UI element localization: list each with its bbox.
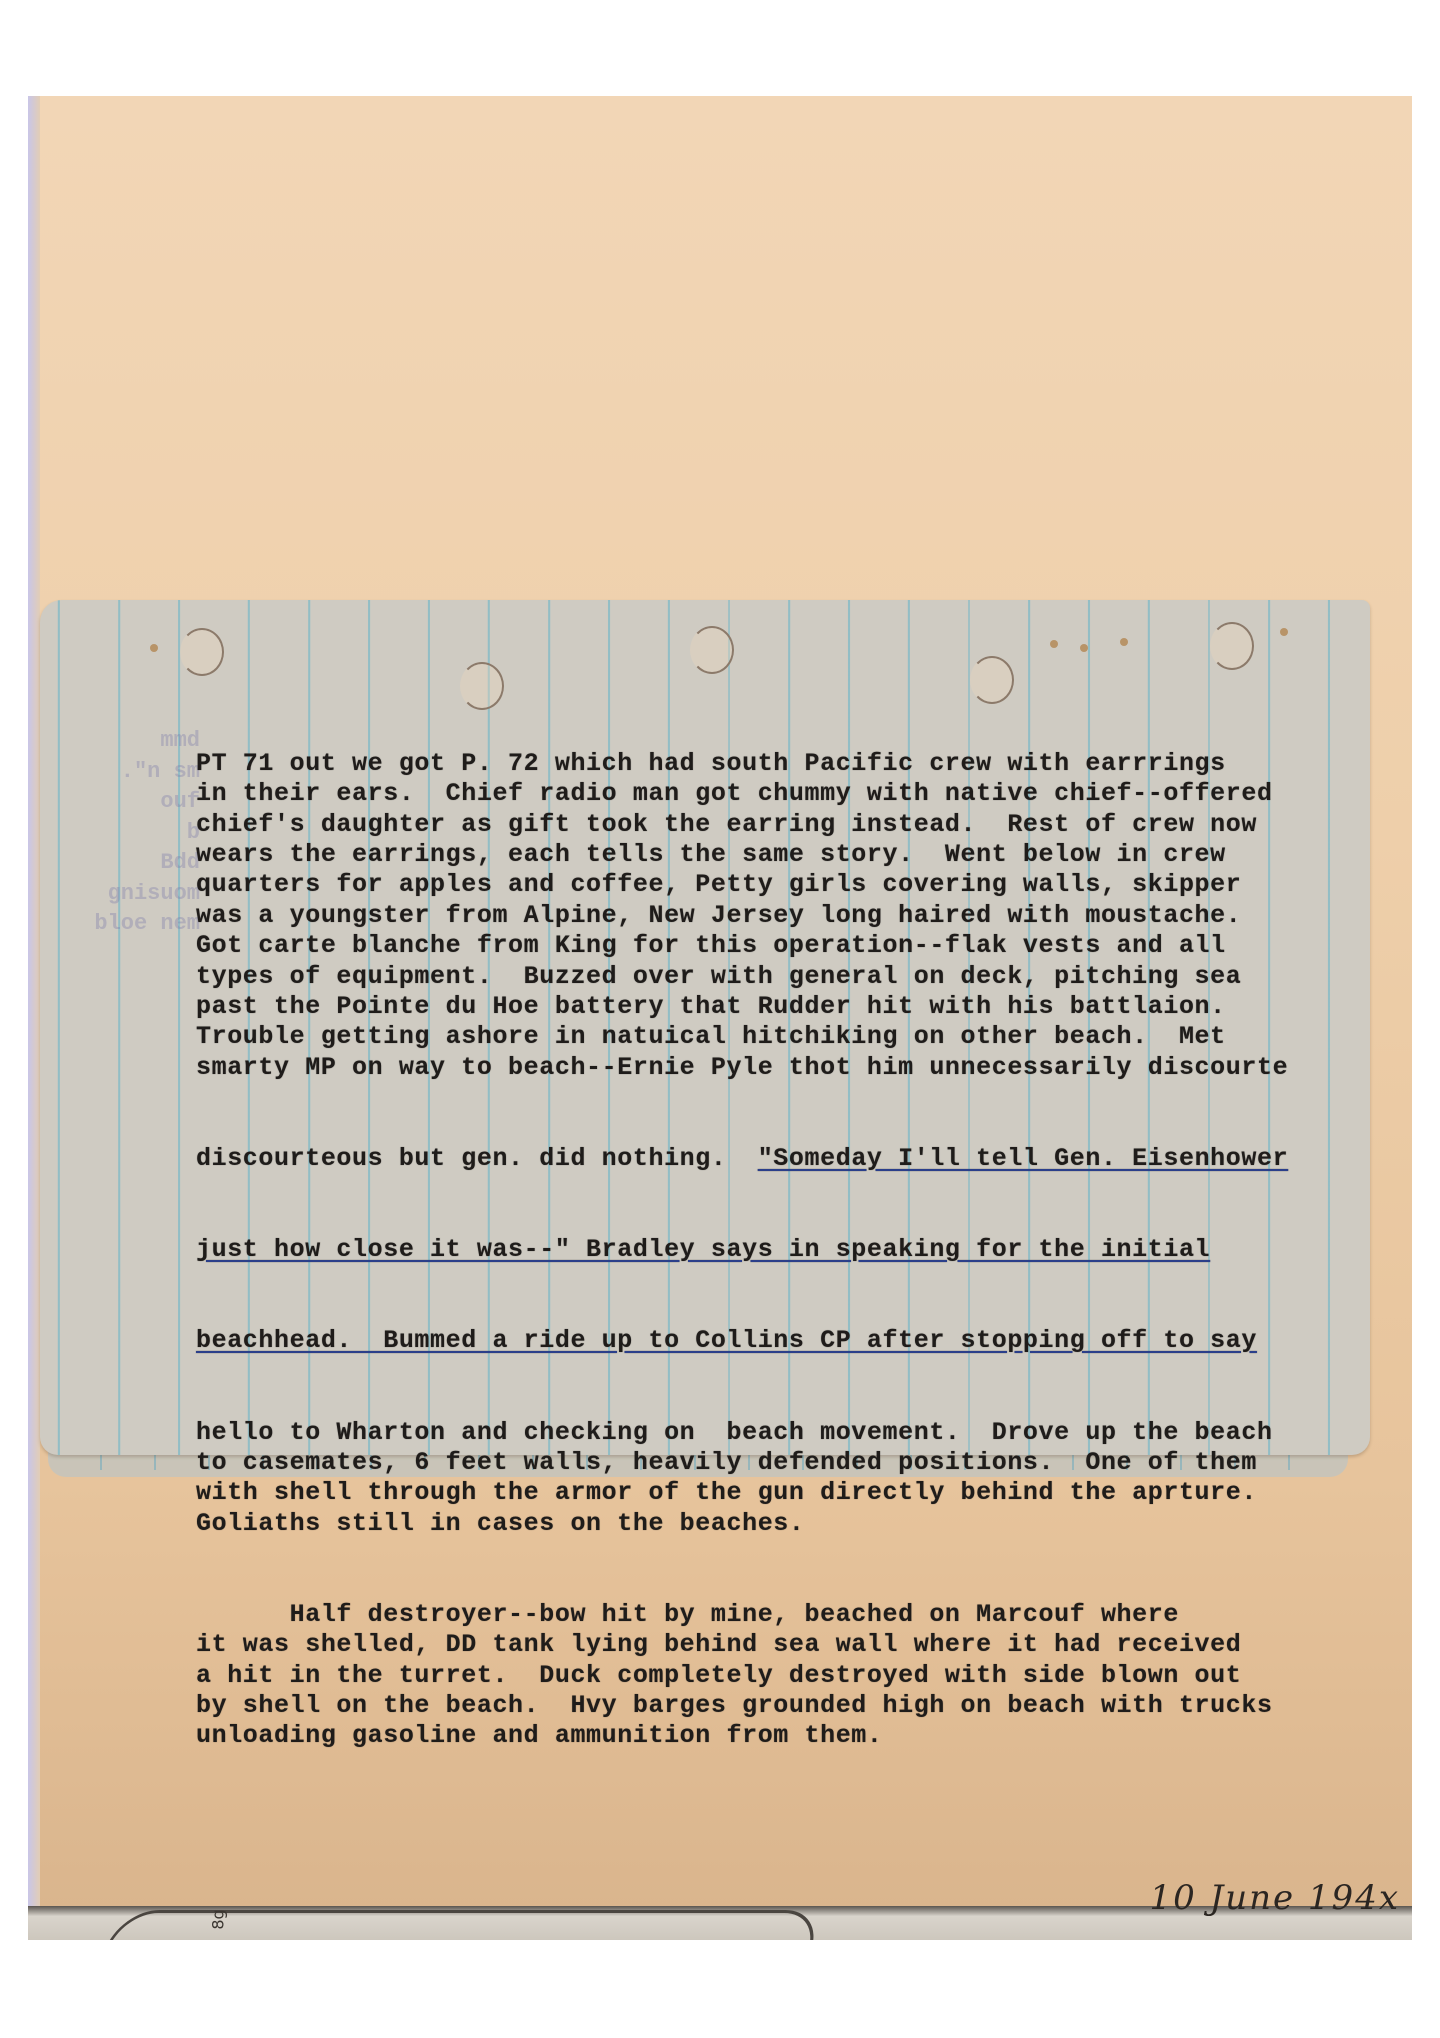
typed-line: discourteous but gen. did nothing. "Some… [196, 1144, 1336, 1174]
typed-line: to casemates, 6 feet walls, heavily defe… [196, 1448, 1336, 1478]
typed-line: quarters for apples and coffee, Petty gi… [196, 870, 1336, 900]
handwritten-date: 10 June 194x [1150, 1878, 1401, 1918]
strip-label: 8g [209, 1909, 228, 1929]
bradley-quote-underlined: "Someday I'll tell Gen. Eisenhower [758, 1144, 1288, 1173]
typed-line: past the Pointe du Hoe battery that Rudd… [196, 992, 1336, 1022]
folder-edge [28, 96, 40, 1940]
paper-speck [150, 644, 158, 652]
paper-speck [1050, 640, 1058, 648]
bradley-quote-underlined: just how close it was--" Bradley says in… [196, 1235, 1336, 1265]
typed-line: a hit in the turret. Duck completely des… [196, 1661, 1336, 1691]
punch-hole [1210, 622, 1254, 670]
typed-line: with shell through the armor of the gun … [196, 1478, 1336, 1508]
typed-line: Got carte blanche from King for this ope… [196, 931, 1336, 961]
typed-line: wears the earrings, each tells the same … [196, 840, 1336, 870]
typed-line: Trouble getting ashore in natuical hitch… [196, 1022, 1336, 1052]
paper-speck [1120, 638, 1128, 646]
paragraph-2: Half destroyer--bow hit by mine, beached… [196, 1600, 1336, 1752]
paragraph-1-continued: hello to Wharton and checking on beach m… [196, 1418, 1336, 1540]
typed-line: unloading gasoline and ammunition from t… [196, 1721, 1336, 1751]
typed-line: was a youngster from Alpine, New Jersey … [196, 901, 1336, 931]
typed-line: types of equipment. Buzzed over with gen… [196, 962, 1336, 992]
paragraph-1: PT 71 out we got P. 72 which had south P… [196, 749, 1336, 1083]
typed-line: PT 71 out we got P. 72 which had south P… [196, 749, 1336, 779]
typed-line: chief's daughter as gift took the earrin… [196, 810, 1336, 840]
typed-line: in their ears. Chief radio man got chumm… [196, 779, 1336, 809]
typed-line: hello to Wharton and checking on beach m… [196, 1418, 1336, 1448]
paper-speck [1280, 628, 1288, 636]
punch-hole [180, 628, 224, 676]
strip-drawing-line [97, 1910, 826, 1940]
typed-text-body: PT 71 out we got P. 72 which had south P… [196, 688, 1336, 1782]
typed-line: it was shelled, DD tank lying behind sea… [196, 1630, 1336, 1660]
typed-line: Half destroyer--bow hit by mine, beached… [196, 1600, 1336, 1630]
typed-line: smarty MP on way to beach--Ernie Pyle th… [196, 1053, 1336, 1083]
bradley-quote-underlined: beachhead. Bummed a ride up to Collins C… [196, 1326, 1336, 1356]
bleed-through-text: mmd ."n sm ouf b Bdd gnisuom bloe nem [70, 726, 200, 940]
punch-hole [690, 626, 734, 674]
paper-speck [1080, 644, 1088, 652]
typed-line: by shell on the beach. Hvy barges ground… [196, 1691, 1336, 1721]
typed-line: Goliaths still in cases on the beaches. [196, 1509, 1336, 1539]
